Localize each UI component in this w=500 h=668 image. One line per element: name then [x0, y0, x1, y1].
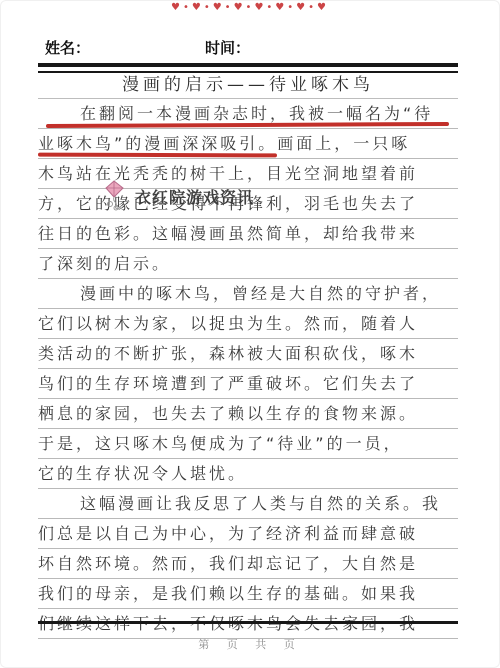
- page-number-footer: 第 页 共 页: [0, 636, 500, 652]
- time-field-label: 时间：: [205, 37, 250, 58]
- essay-line-text: 漫画中的啄木鸟，曾经是大自然的守护者，: [80, 286, 441, 302]
- essay-line-text: 它的生存状况令人堪忧。: [38, 466, 247, 482]
- header-divider: [38, 63, 458, 73]
- essay-line: 坏自然环境。然而，我们却忘记了，大自然是: [38, 549, 458, 579]
- essay-line: 这幅漫画让我反思了人类与自然的关系。我: [38, 489, 458, 519]
- essay-line-text: 坏自然环境。然而，我们却忘记了，大自然是: [38, 556, 418, 572]
- red-underline: [38, 152, 277, 156]
- essay-line-text: 们总是以自己为中心，为了经济利益而肆意破: [38, 526, 418, 542]
- footer-divider: [38, 621, 458, 624]
- watermark: 衣红院游戏资讯: [102, 180, 254, 212]
- hearts-border-decoration: ♥•♥•♥•♥•♥•♥•♥•♥: [0, 2, 500, 14]
- sheet-header: 姓名： 时间：: [45, 37, 458, 58]
- essay-line: 往日的色彩。这幅漫画虽然简单，却给我带来: [38, 219, 458, 249]
- watermark-text: 衣红院游戏资讯: [135, 185, 254, 208]
- essay-title: 漫画的启示——待业啄木鸟: [38, 73, 458, 99]
- essay-line: 于是，这只啄木鸟便成为了“待业”的一员，: [38, 429, 458, 459]
- essay-line-text: 往日的色彩。这幅漫画虽然简单，却给我带来: [38, 226, 418, 242]
- essay-line: 了深刻的启示。: [38, 249, 458, 279]
- essay-sheet: ♥•♥•♥•♥•♥•♥•♥•♥ 姓名： 时间： 漫画的启示——待业啄木鸟 在翻阅…: [0, 0, 500, 668]
- essay-line: 栖息的家园，也失去了赖以生存的食物来源。: [38, 399, 458, 429]
- essay-line: 它们以树木为家，以捉虫为生。然而，随着人: [38, 309, 458, 339]
- essay-line-text: 这幅漫画让我反思了人类与自然的关系。我: [80, 496, 441, 512]
- essay-line: 类活动的不断扩张，森林被大面积砍伐，啄木: [38, 339, 458, 369]
- essay-line: 们总是以自己为中心，为了经济利益而肆意破: [38, 519, 458, 549]
- essay-line: 业啄木鸟”的漫画深深吸引。画面上，一只啄: [38, 129, 458, 159]
- essay-line-text: 栖息的家园，也失去了赖以生存的食物来源。: [38, 406, 418, 422]
- essay-line: 它的生存状况令人堪忧。: [38, 459, 458, 489]
- essay-line-text: 类活动的不断扩张，森林被大面积砍伐，啄木: [38, 346, 418, 362]
- essay-line: 在翻阅一本漫画杂志时，我被一幅名为“待: [38, 99, 458, 129]
- essay-line-text: 它们以树木为家，以捉虫为生。然而，随着人: [38, 316, 418, 332]
- essay-line-text: 业啄木鸟”的漫画深深吸引。画面上，一只啄: [38, 136, 410, 152]
- essay-line-text: 我们的母亲，是我们赖以生存的基础。如果我: [38, 586, 418, 602]
- name-field-label: 姓名：: [45, 39, 90, 57]
- essay-line-text: 了深刻的启示。: [38, 256, 171, 272]
- essay-line: 我们的母亲，是我们赖以生存的基础。如果我: [38, 579, 458, 609]
- essay-line-text: 在翻阅一本漫画杂志时，我被一幅名为“待: [80, 106, 433, 122]
- essay-line: 们继续这样下去，不仅啄木鸟会失去家园，我: [38, 609, 458, 639]
- kite-icon: [102, 180, 132, 212]
- essay-line-text: 鸟们的生存环境遭到了严重破坏。它们失去了: [38, 376, 418, 392]
- essay-line: 漫画中的啄木鸟，曾经是大自然的守护者，: [38, 279, 458, 309]
- essay-line: 鸟们的生存环境遭到了严重破坏。它们失去了: [38, 369, 458, 399]
- essay-line-text: 于是，这只啄木鸟便成为了“待业”的一员，: [38, 436, 403, 452]
